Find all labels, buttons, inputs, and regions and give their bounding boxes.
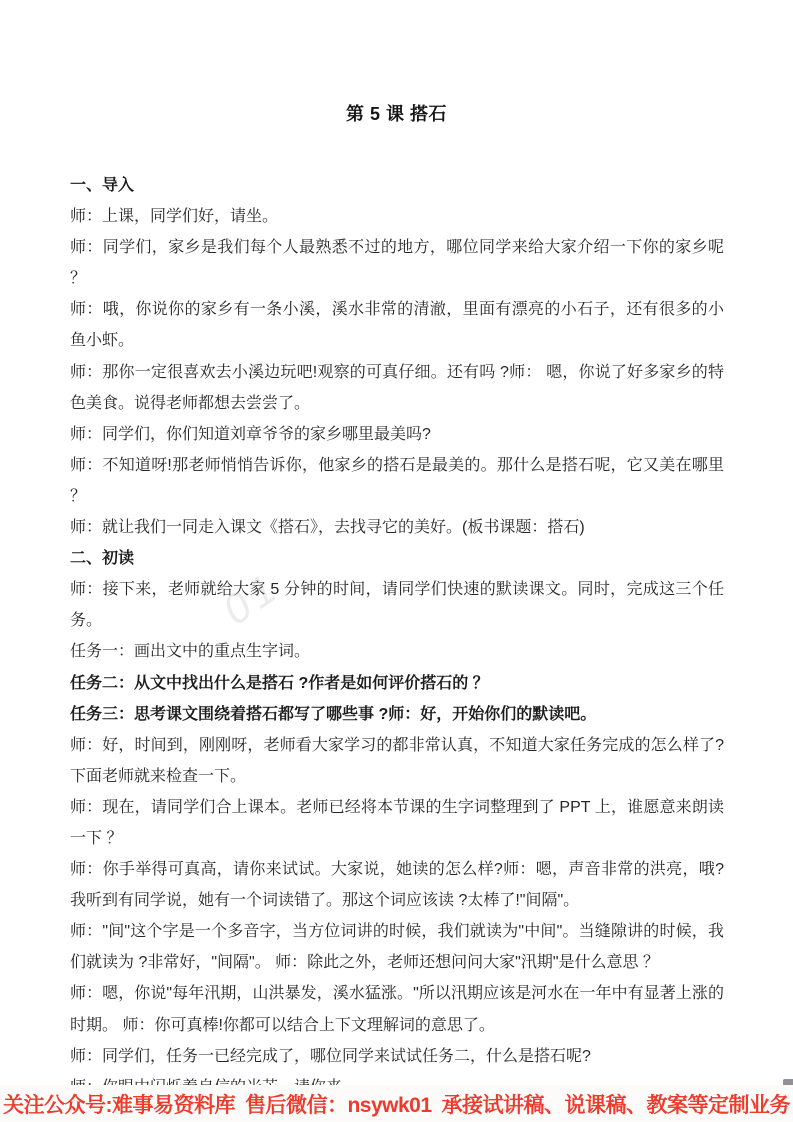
paragraph: 任务二：从文中找出什么是搭石 ?作者是如何评价搭石的 ？ bbox=[70, 668, 724, 699]
section-heading: 一、导入 bbox=[70, 170, 724, 201]
page-title: 第 5 课 搭石 bbox=[0, 0, 793, 126]
paragraph: 师：就让我们一同走入课文《搭石》，去找寻它的美好。(板书课题：搭石) bbox=[70, 512, 724, 543]
paragraph: 师：同学们，任务一已经完成了，哪位同学来试试任务二，什么是搭石呢? bbox=[70, 1041, 724, 1072]
paragraph: 师：现在，请同学们合上课本。老师已经将本节课的生字词整理到了 PPT 上，谁愿意… bbox=[70, 792, 724, 854]
footer-banner: 关注公众号:难事易资料库 售后微信：nsywk01 承接试讲稿、说课稿、教案等定… bbox=[0, 1085, 793, 1122]
paragraph: 任务三：思考课文围绕着搭石都写了哪些事 ?师：好，开始你们的默读吧。 bbox=[70, 699, 724, 730]
paragraph: 师：那你一定很喜欢去小溪边玩吧!观察的可真仔细。还有吗 ?师： 嗯，你说了好多家… bbox=[70, 357, 724, 419]
section-heading: 二、初读 bbox=[70, 543, 724, 574]
paragraph: 师：嗯，你说"每年汛期，山洪暴发，溪水猛涨。"所以汛期应该是河水在一年中有显著上… bbox=[70, 978, 724, 1040]
footer-services-text: 承接试讲稿、说课稿、教案等定制业务 bbox=[442, 1089, 791, 1119]
paragraph: 师：上课，同学们好，请坐。 bbox=[70, 201, 724, 232]
paragraph: 师："间"这个字是一个多音字，当方位词讲的时候，我们就读为"中间"。当缝隙讲的时… bbox=[70, 916, 724, 978]
paragraph: 师：不知道呀!那老师悄悄告诉你，他家乡的搭石是最美的。那什么是搭石呢，它又美在哪… bbox=[70, 450, 724, 512]
document-body: 一、导入师：上课，同学们好，请坐。师：同学们，家乡是我们每个人最熟悉不过的地方，… bbox=[0, 170, 793, 1103]
paragraph: 师：哦，你说你的家乡有一条小溪，溪水非常的清澈，里面有漂亮的小石子，还有很多的小… bbox=[70, 294, 724, 356]
footer-wechat-text: 售后微信：nsywk01 bbox=[245, 1089, 432, 1119]
paragraph: 师：同学们，你们知道刘章爷爷的家乡哪里最美吗? bbox=[70, 419, 724, 450]
paragraph: 任务一：画出文中的重点生字词。 bbox=[70, 636, 724, 667]
footer-public-account-text: 关注公众号:难事易资料库 bbox=[3, 1089, 235, 1119]
document-page: 第 5 课 搭石 一、导入师：上课，同学们好，请坐。师：同学们，家乡是我们每个人… bbox=[0, 0, 793, 1122]
paragraph: 师：好，时间到，刚刚呀，老师看大家学习的都非常认真，不知道大家任务完成的怎么样了… bbox=[70, 730, 724, 792]
paragraph: 师：接下来，老师就给大家 5 分钟的时间，请同学们快速的默读课文。同时，完成这三… bbox=[70, 574, 724, 636]
paragraph: 师：同学们，家乡是我们每个人最熟悉不过的地方，哪位同学来给大家介绍一下你的家乡呢… bbox=[70, 232, 724, 294]
paragraph: 师：你手举得可真高，请你来试试。大家说，她读的怎么样?师：嗯，声音非常的洪亮，哦… bbox=[70, 854, 724, 916]
